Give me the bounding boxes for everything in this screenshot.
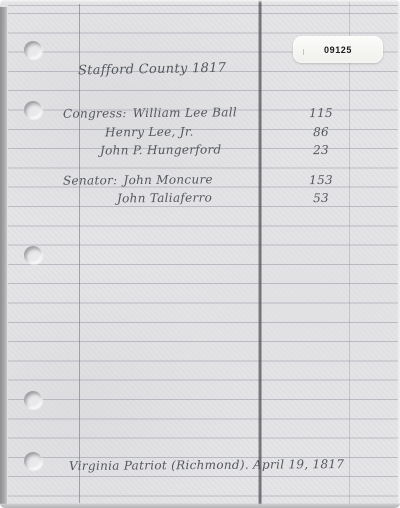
- ruled-lines: [8, 13, 398, 502]
- punch-hole: [24, 101, 42, 119]
- office-label: Senator:: [63, 173, 118, 187]
- catalog-number: 09125: [324, 45, 352, 55]
- office-label: Congress:: [63, 106, 127, 121]
- page-edge-bottom: [0, 503, 400, 508]
- page-title: Stafford County 1817: [78, 61, 227, 79]
- catalog-sticker: 09125: [293, 36, 383, 63]
- candidate-name: John Moncure: [123, 172, 213, 187]
- page-edge-top: [0, 0, 400, 3]
- candidate-name: John P. Hungerford: [100, 142, 222, 157]
- top-rule-line: [8, 5, 398, 6]
- left-margin-rule: [79, 4, 80, 503]
- source-citation: Virginia Patriot (Richmond). April 19, 1…: [69, 457, 344, 473]
- vote-count: 23: [300, 143, 342, 157]
- vote-count: 153: [300, 173, 342, 187]
- candidate-name: William Lee Ball: [133, 105, 237, 120]
- punch-hole: [24, 41, 42, 59]
- page-crease: [349, 0, 350, 508]
- candidate-name: John Taliaferro: [117, 191, 212, 206]
- vote-count: 115: [300, 106, 342, 120]
- scanner-edge-left: [0, 7, 7, 504]
- punch-hole: [24, 246, 42, 264]
- punch-hole: [24, 391, 42, 409]
- binder-spine-line: [258, 0, 262, 508]
- vote-count: 53: [300, 191, 342, 205]
- vote-count: 86: [300, 125, 342, 139]
- sticker-smudge: [303, 49, 304, 55]
- result-row: Henry Lee, Jr.: [99, 125, 194, 140]
- scanned-notebook-page: 09125 Stafford County 1817 Congress:Will…: [0, 0, 400, 508]
- result-row: Congress:William Lee Ball: [63, 105, 237, 121]
- result-row: Senator:John Moncure: [63, 172, 213, 187]
- result-row: John Taliaferro: [111, 191, 212, 206]
- punch-hole: [24, 452, 42, 470]
- result-row: John P. Hungerford: [94, 142, 222, 157]
- candidate-name: Henry Lee, Jr.: [105, 125, 194, 140]
